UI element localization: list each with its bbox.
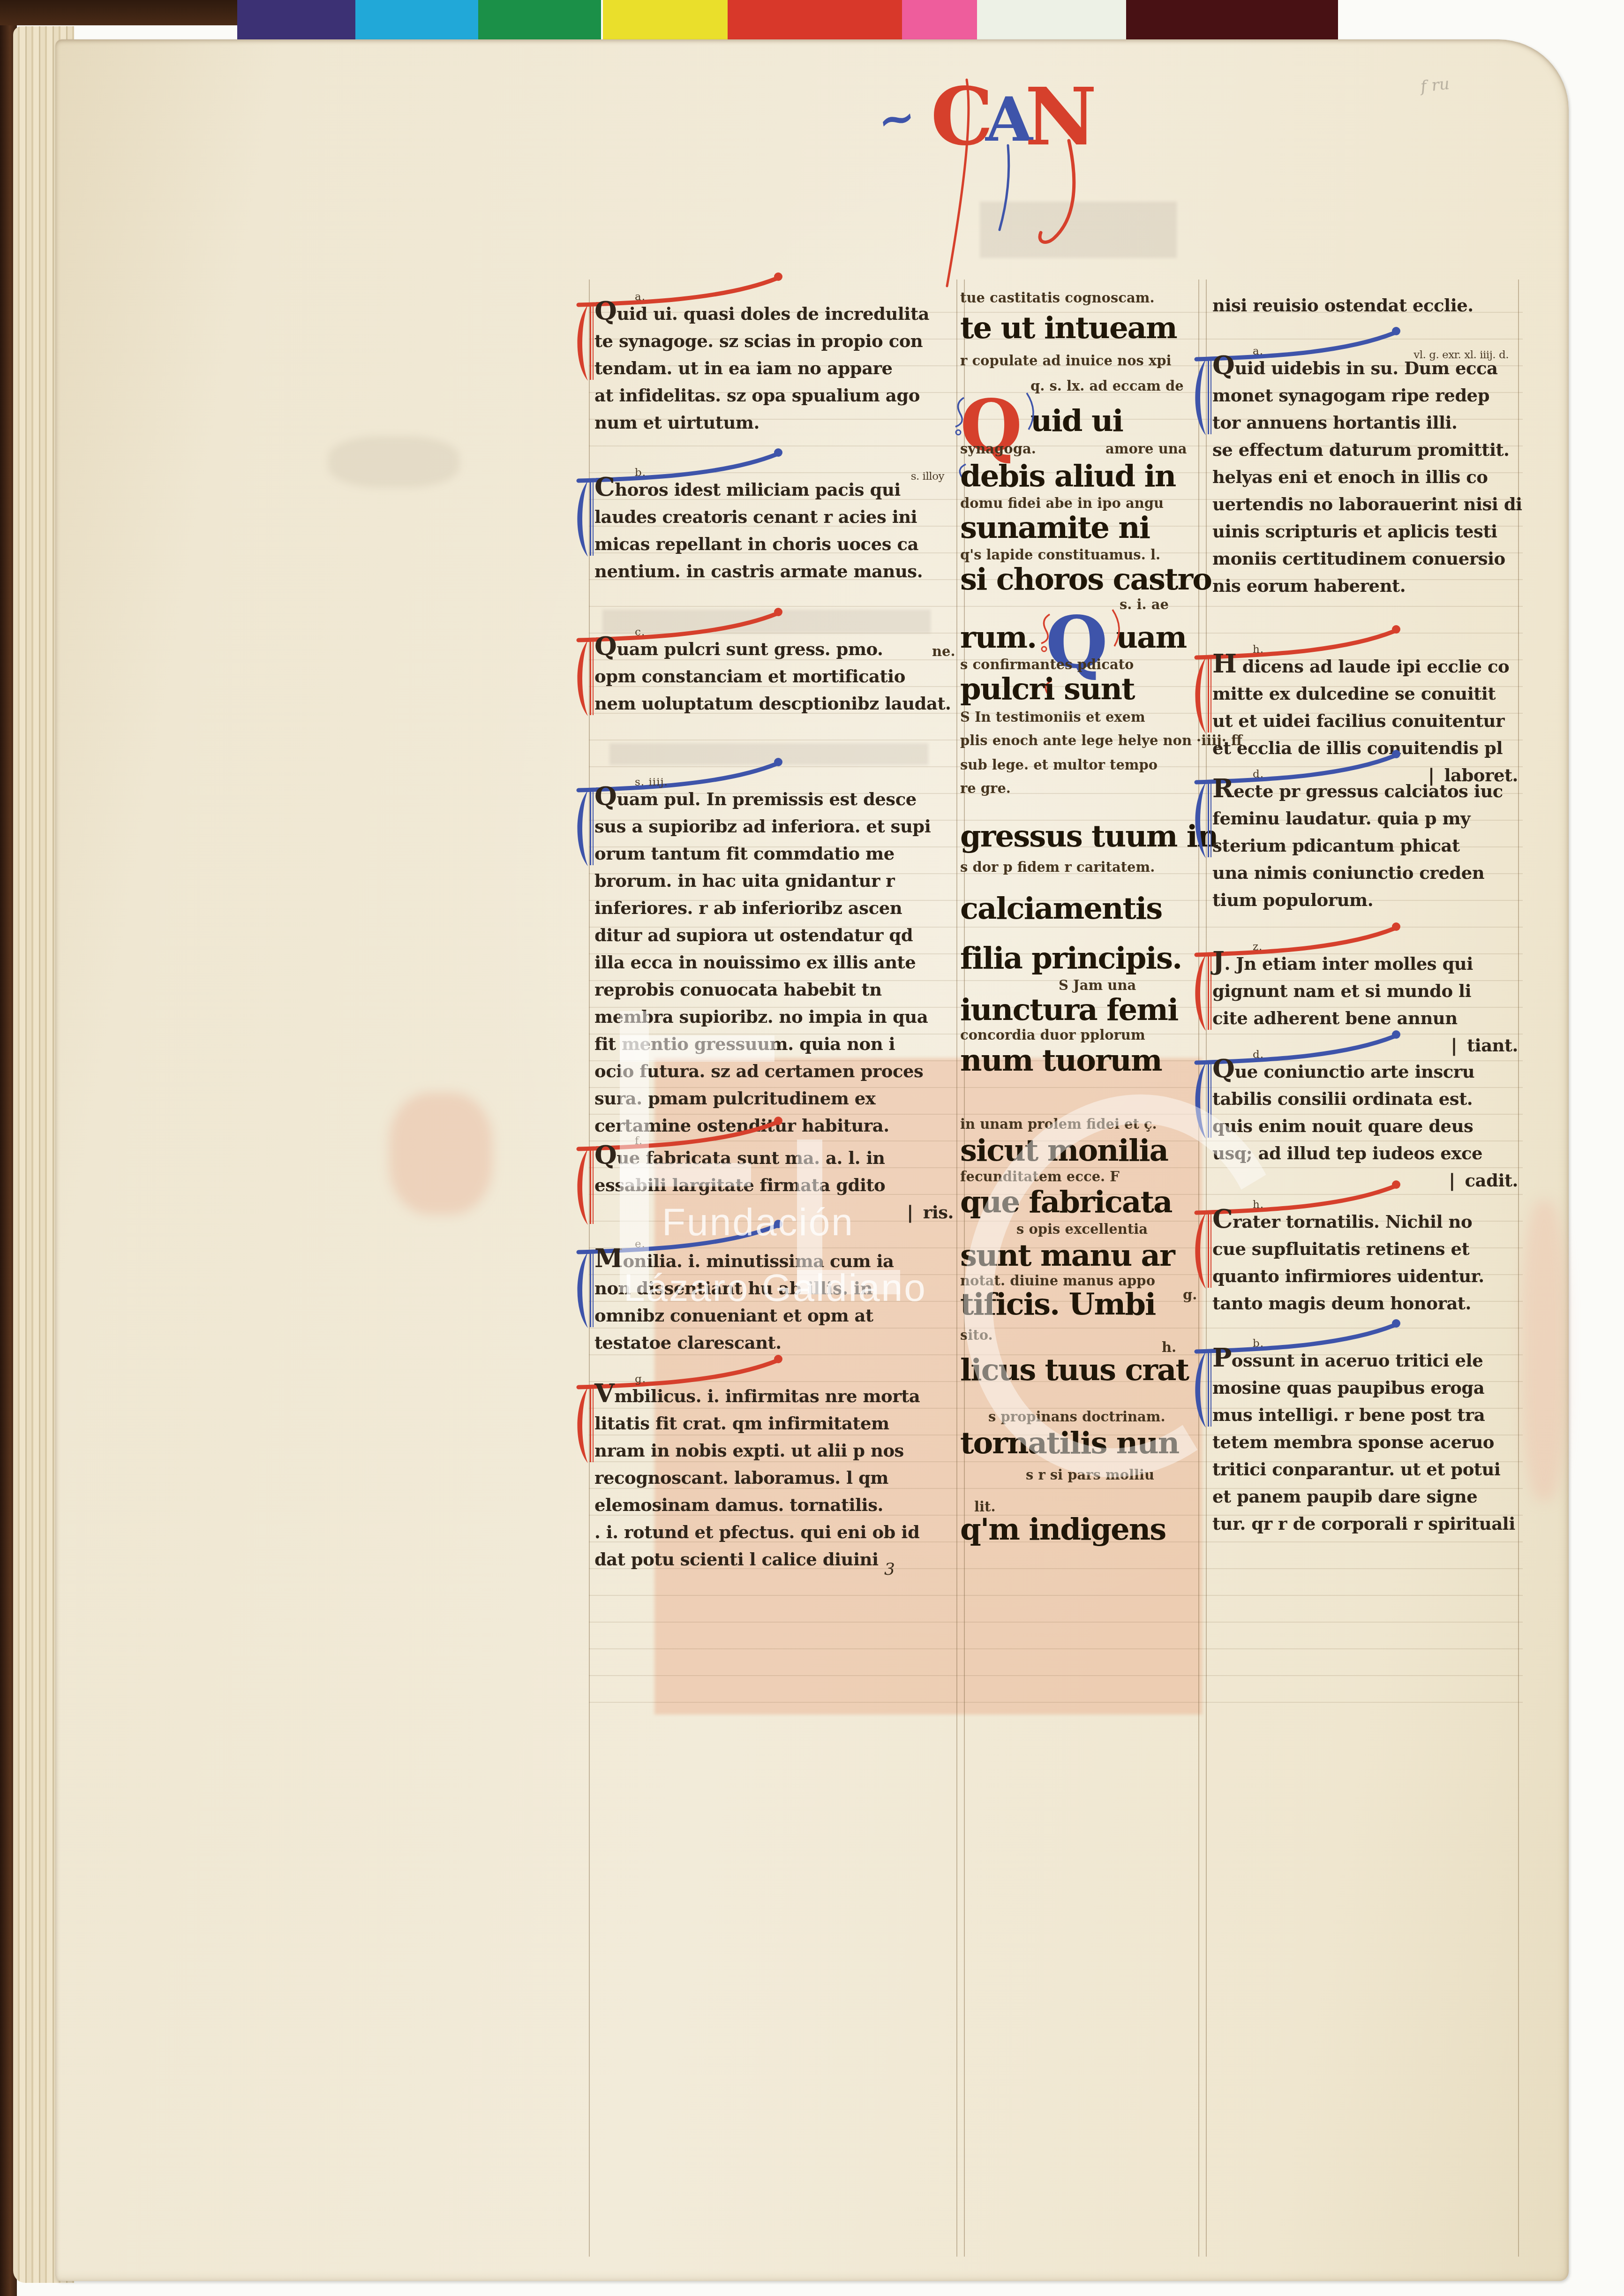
concordance-mark: g. — [635, 1366, 646, 1393]
gloss-line: s confirmantes pdicato — [960, 657, 1134, 672]
table-background — [0, 0, 241, 25]
commentary-line: gignunt nam et si mundo li — [1212, 977, 1518, 1004]
commentary-line: tabilis consilii ordinata est. — [1212, 1085, 1518, 1112]
commentary-line: reprobis conuocata habebit tn — [594, 976, 954, 1003]
concordance-mark: a. — [635, 283, 646, 310]
commentary-line: tium populorum. — [1212, 886, 1518, 914]
paragraph-initial: Q — [594, 781, 617, 811]
color-chip-green — [478, 0, 601, 41]
commentary-line: Vmbilicus. i. infirmitas nre morta — [594, 1382, 954, 1410]
concordance-mark: s. iiij. — [635, 769, 668, 796]
ink-ghost-left-margin — [389, 1093, 492, 1215]
concordance-mark: z. — [1253, 933, 1263, 960]
gloss-line: S Jam una — [1059, 977, 1136, 993]
commentary-line: at infidelitas. sz opa spualium ago — [594, 382, 954, 409]
commentary-line: nem uoluptatum descptionibz laudat. — [594, 690, 954, 717]
commentary-line: Quam pulcri sunt gress. pmo. — [594, 635, 954, 663]
commentary-line: opm constanciam et mortificatio — [594, 663, 954, 690]
commentary-line: moniis certitudinem conuersio — [1212, 545, 1518, 572]
commentary-line: Quid ui. quasi doles de incredulita — [594, 300, 954, 327]
commentary-line: dat potu scienti l calice diuini — [594, 1546, 954, 1573]
paragraph-initial: Q — [594, 631, 617, 661]
lemma-text: uid ui — [1030, 403, 1123, 438]
commentary-line: nentium. in castris armate manus. — [594, 558, 954, 585]
commentary-line: inferiores. r ab inferioribz ascen — [594, 894, 954, 921]
commentary-line: tritici conparantur. ut et potui — [1212, 1456, 1518, 1483]
commentary-line: te synagoge. sz scias in propio con — [594, 327, 954, 355]
gloss-line: q. s. lx. ad eccam de — [1030, 378, 1184, 394]
commentary-line: se effectum daturum promittit. — [1212, 436, 1518, 463]
paragraph-initial: R — [1212, 773, 1233, 803]
commentary-line: sus a supioribz ad inferiora. et supi — [594, 813, 954, 840]
concordance-mark: c. — [635, 619, 645, 646]
commentary-line: ut et uidei facilius conuitentur — [1212, 707, 1518, 734]
commentary-line: tor annuens hortantis illi. — [1212, 409, 1518, 436]
ink-ghost-left-margin-2 — [328, 436, 459, 488]
paragraph-initial: Q — [594, 1140, 617, 1170]
paragraph-initial: H — [1212, 648, 1236, 679]
gloss-line: domu fidei abe in ipo angu — [960, 495, 1164, 511]
lemma-text: uam — [1116, 620, 1187, 655]
gloss-line: sub lege. et multor tempo — [960, 757, 1158, 773]
lemma-line: num tuorum — [960, 1043, 1162, 1078]
concordance-mark: d. — [1253, 761, 1264, 788]
stain-right-edge — [1522, 1201, 1567, 1501]
gloss-line: r copulate ad inuice nos xpi — [960, 353, 1172, 369]
paragraph-initial: V — [594, 1378, 614, 1408]
commentary-line: helyas eni et enoch in illis co — [1212, 463, 1518, 491]
lemma-line: pulcri sunt — [960, 672, 1135, 707]
lemma-line: te ut intueam — [960, 310, 1177, 346]
commentary-line: micas repellant in choris uoces ca — [594, 530, 954, 558]
gloss-line: q's lapide constituamus. l. — [960, 547, 1160, 563]
commentary-line: recognoscant. laboramus. l qm — [594, 1464, 954, 1491]
commentary-line: elemosinam damus. tornatilis. — [594, 1491, 954, 1518]
commentary-line: tur. qr r de corporali r spirituali — [1212, 1510, 1518, 1537]
commentary-paragraph-left: g.Vmbilicus. i. infirmitas nre mortalita… — [594, 1382, 954, 1573]
commentary-line: quis enim nouit quare deus — [1212, 1112, 1518, 1140]
catchword: 3 — [884, 1560, 895, 1579]
paragraph-initial: Q — [594, 295, 617, 326]
gloss-line: ne. — [932, 643, 955, 659]
color-chip-white — [977, 0, 1126, 41]
paragraph-initial: M — [594, 1243, 623, 1273]
commentary-line: brorum. in hac uita gnidantur r — [594, 867, 954, 894]
commentary-line: mitte ex dulcedine se conuitit — [1212, 680, 1518, 707]
paragraph-initial: Q — [1212, 1053, 1234, 1084]
paragraph-initial: Q — [1212, 350, 1234, 380]
gloss-line: synagoga. — [960, 441, 1036, 457]
commentary-line: una nimis coniunctio creden — [1212, 859, 1518, 886]
commentary-first-line: nisi reuisio ostendat ecclie. — [1212, 292, 1518, 319]
lemma-line: sunamite ni — [960, 510, 1150, 545]
commentary-line: mus intelligi. r bene post tra — [1212, 1401, 1518, 1428]
paragraph-initial: J — [1212, 945, 1225, 976]
running-title-flourishes — [867, 66, 1158, 310]
commentary-line: num et uirtutum. — [594, 409, 954, 436]
commentary-line: uertendis no laborauerint nisi di — [1212, 491, 1518, 518]
lemma-line: calciamentis — [960, 891, 1162, 926]
ruling-line — [1518, 279, 1519, 2257]
gloss-line: S In testimoniis et exem — [960, 709, 1145, 725]
paragraph-initial: C — [594, 471, 615, 502]
lemma-line: q'm indigens — [960, 1512, 1165, 1547]
interlinear-note: vl. g. exr. xl. iiij. d. — [1413, 341, 1509, 369]
commentary-line: orum tantum fit commdatio me — [594, 840, 954, 867]
commentary-line: ditur ad supiora ut ostendatur qd — [594, 921, 954, 949]
commentary-line: et panem paupib dare signe — [1212, 1483, 1518, 1510]
commentary-line: nram in nobis expti. ut alii p nos — [594, 1437, 954, 1464]
manuscript-scan: ~CAN f ru a.Quid ui. quasi doles de incr… — [0, 0, 1624, 2296]
color-chip-yellow — [603, 0, 728, 41]
commentary-line: Choros idest miliciam pacis qui — [594, 476, 954, 503]
watermark-text-line2: Lázaro Galdiano — [624, 1266, 927, 1310]
commentary-line: uinis scripturis et aplicis testi — [1212, 518, 1518, 545]
gloss-line: tue castitatis cognoscam. — [960, 290, 1155, 306]
ruling-line — [956, 279, 957, 2257]
gloss-line: s dor p fidem r caritatem. — [960, 859, 1155, 875]
interlinear-note: s. illoy — [911, 463, 944, 490]
color-chip-pink — [902, 0, 977, 41]
watermark-letter-F-arm2 — [620, 1163, 751, 1186]
commentary-paragraph-right: a.vl. g. exr. xl. iiij. d.Quid uidebis i… — [1212, 355, 1518, 599]
concordance-mark: a. — [1253, 338, 1263, 365]
pencil-folio-mark: f ru — [1420, 75, 1450, 96]
watermark-text-line1: Fundación — [662, 1201, 854, 1245]
commentary-line: monet synagogam ripe redep — [1212, 382, 1518, 409]
commentary-line: . i. rotund et pfectus. qui eni ob id — [594, 1518, 954, 1546]
commentary-paragraph-left: c.Quam pulcri sunt gress. pmo.opm consta… — [594, 635, 954, 717]
lemma-line: iunctura femi — [960, 992, 1178, 1027]
gloss-line: concordia duor pplorum — [960, 1027, 1145, 1043]
lemma-line: filia principis. — [960, 941, 1181, 976]
color-chip-red — [728, 0, 902, 41]
color-chip-maroon — [1126, 0, 1338, 41]
commentary-line: tendam. ut in ea iam no appare — [594, 355, 954, 382]
commentary-line: feminu laudatur. quia p my — [1212, 805, 1518, 832]
gloss-line: re gre. — [960, 780, 1011, 796]
commentary-line: illa ecca in nouissimo ex illis ante — [594, 949, 954, 976]
lemma-line: gressus tuum in — [960, 819, 1218, 854]
lemma-line: si choros castro — [960, 562, 1211, 597]
concordance-mark: d. — [1253, 1041, 1264, 1068]
color-chip-cyan — [355, 0, 478, 41]
watermark-letter-F-arm — [620, 1035, 774, 1062]
commentary-paragraph-right: d.Recte pr gressus calciatos iucfeminu l… — [1212, 778, 1518, 914]
commentary-paragraph-left: b.s. illoyChoros idest miliciam pacis qu… — [594, 476, 954, 585]
concordance-mark: b. — [635, 459, 646, 486]
commentary-line: laudes creatoris cenant r acies ini — [594, 503, 954, 530]
lemma-line: debis aliud in — [960, 459, 1175, 494]
commentary-line: tetem membra sponse aceruo — [1212, 1428, 1518, 1456]
commentary-line: nisi reuisio ostendat ecclie. — [1212, 292, 1518, 319]
commentary-paragraph-left: a.Quid ui. quasi doles de incredulitate … — [594, 300, 954, 436]
gloss-line: amore una — [1105, 441, 1187, 457]
lemma-text: rum. — [960, 620, 1046, 655]
concordance-mark: h. — [1253, 636, 1264, 663]
commentary-line: nis eorum haberent. — [1212, 572, 1518, 599]
color-chip-purple — [237, 0, 355, 41]
commentary-line: sterium pdicantum phicat — [1212, 832, 1518, 859]
commentary-line: litatis fit crat. qm infirmitatem — [594, 1410, 954, 1437]
